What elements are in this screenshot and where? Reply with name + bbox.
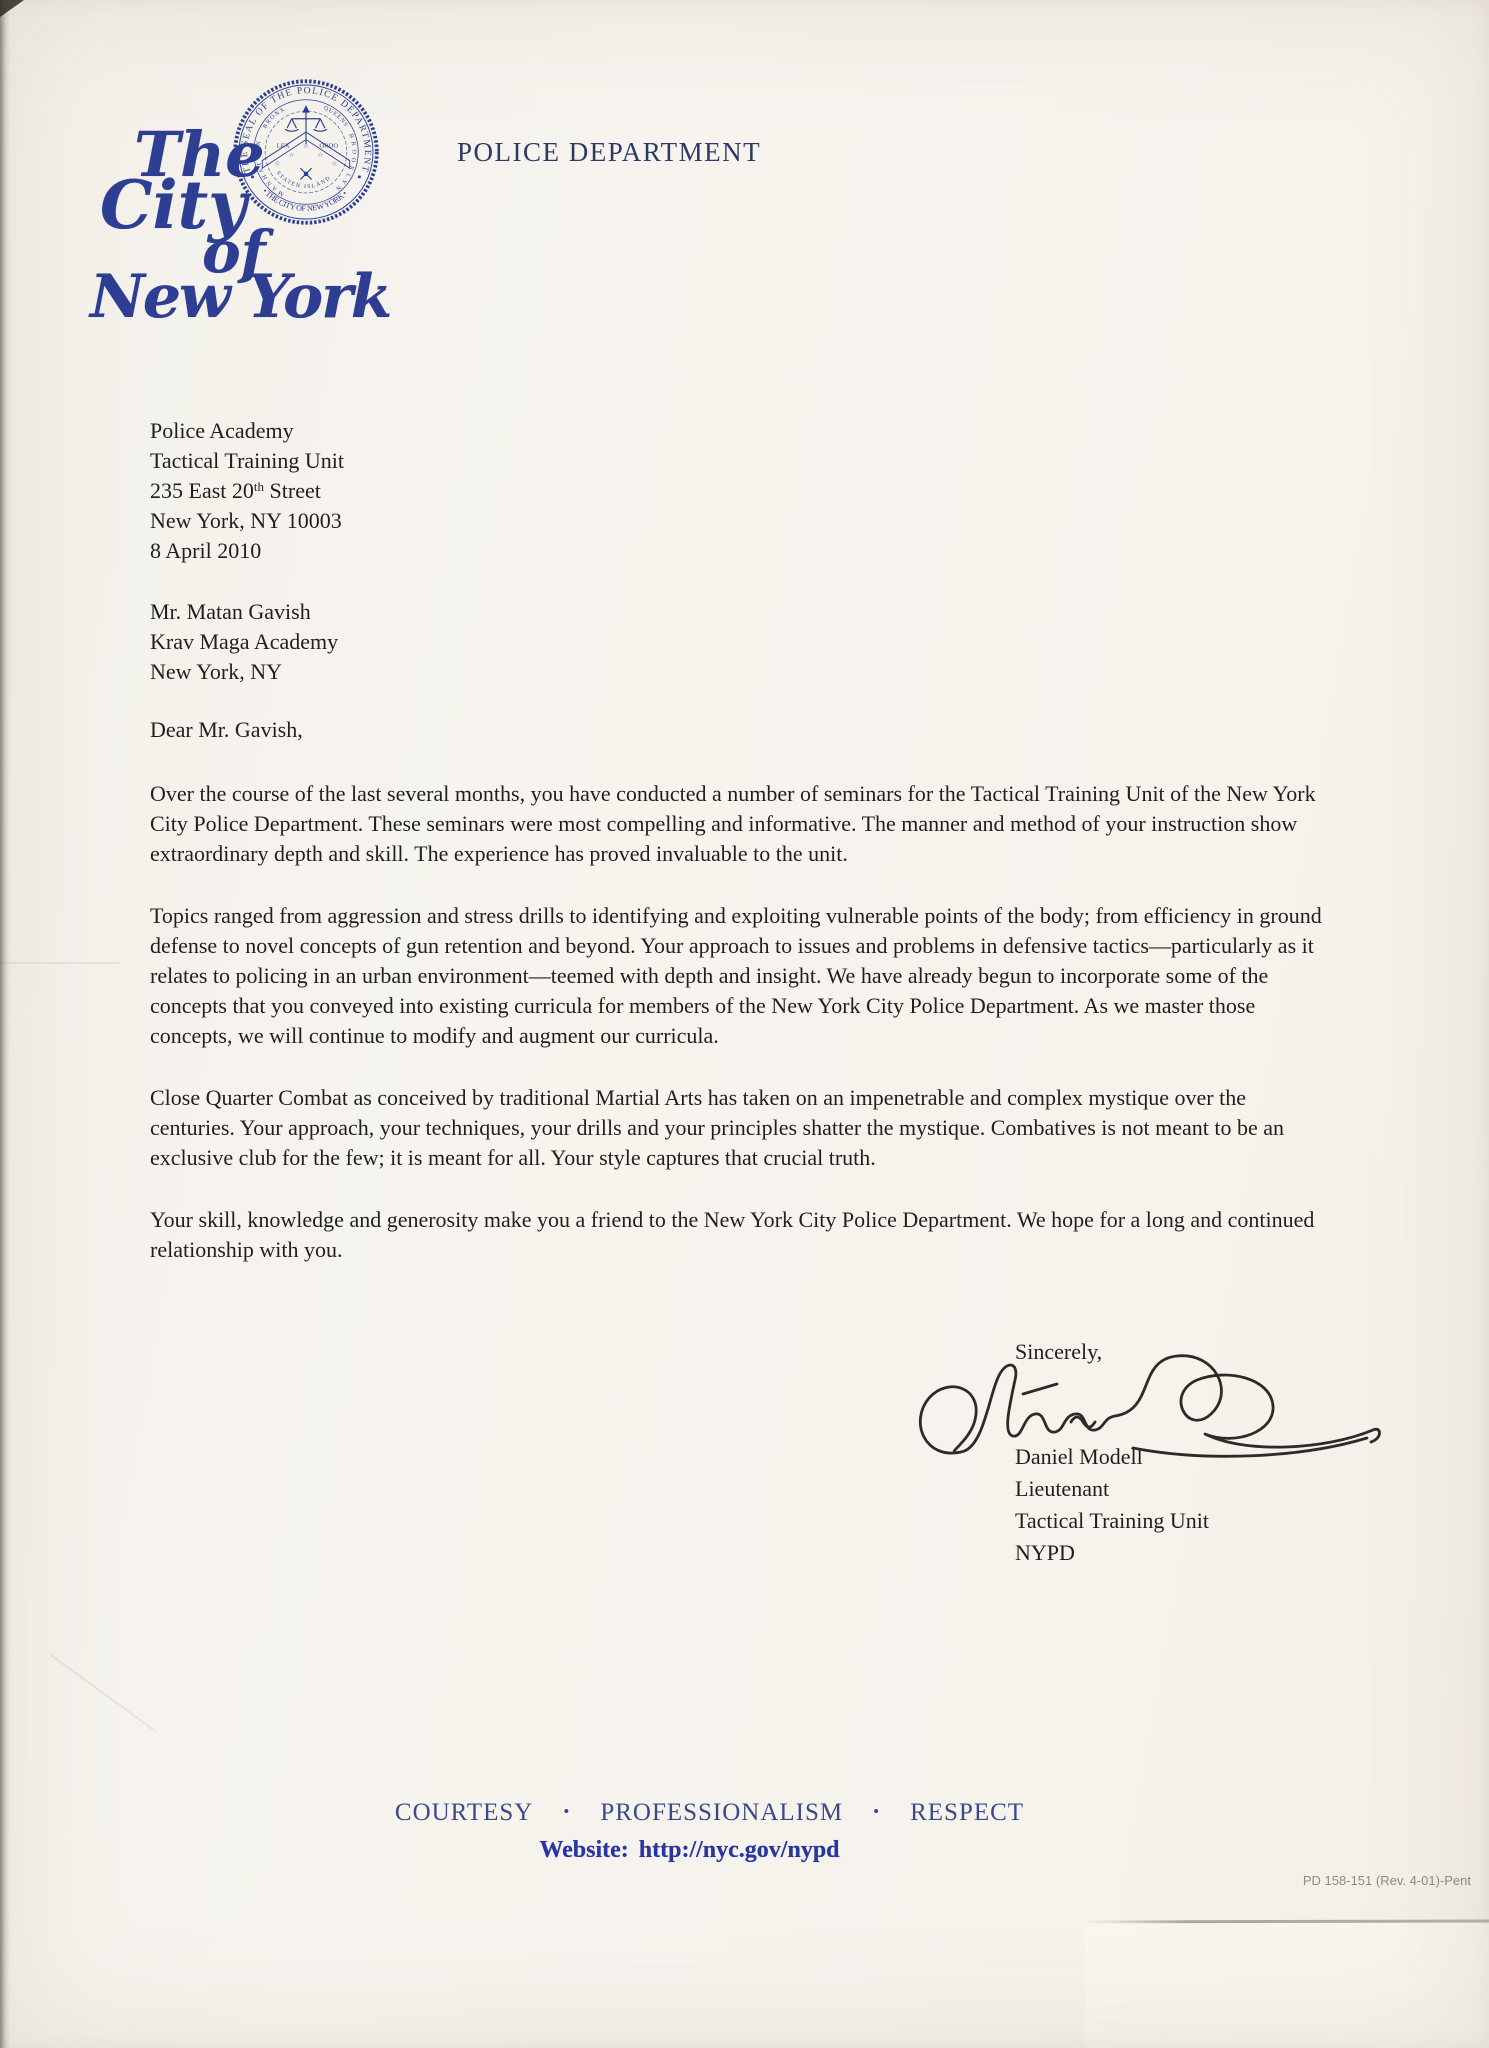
- paper-crease: [50, 1654, 156, 1732]
- seal-star: ☆: [332, 159, 338, 167]
- paragraph-4: Your skill, knowledge and generosity mak…: [150, 1205, 1335, 1265]
- logo-word-new-york: New York: [90, 262, 390, 332]
- letter-body: Over the course of the last several mont…: [150, 779, 1335, 1297]
- sender-line: Police Academy: [150, 416, 344, 446]
- footer-website: Website:http://nyc.gov/nypd: [0, 1837, 1379, 1864]
- nypd-seal-icon: THE SEAL OF THE POLICE DEPARTMENT • THE …: [230, 76, 382, 228]
- recipient-city: New York, NY: [150, 657, 338, 687]
- seal-scales-of-justice-icon: [285, 106, 327, 144]
- seal-star: ☆: [289, 151, 295, 159]
- recipient-address-block: Mr. Matan Gavish Krav Maga Academy New Y…: [150, 597, 338, 687]
- signatory-org: NYPD: [1015, 1537, 1209, 1569]
- scanned-letter-page: The City of New York THE SEAL OF THE POL…: [0, 0, 1489, 2048]
- footer-motto: COURTESY•PROFESSIONALISM•RESPECT: [0, 1799, 1419, 1827]
- scan-underlying-sheet: [1085, 1923, 1489, 2048]
- street-number: 235 East 20: [150, 478, 254, 503]
- sender-street-line: 235 East 20th Street: [150, 476, 344, 506]
- svg-text:STATEN ISLAND: STATEN ISLAND: [275, 170, 332, 190]
- website-url: http://nyc.gov/nypd: [639, 1837, 840, 1863]
- seal-motto-ordo: ORDO: [319, 142, 338, 149]
- street-ordinal: th: [254, 479, 264, 494]
- handwritten-signature: [905, 1330, 1390, 1470]
- scan-left-edge-shadow: [0, 0, 10, 2048]
- seal-dot: [358, 175, 361, 178]
- police-department-title: POLICE DEPARTMENT: [457, 137, 761, 168]
- seal-borough-staten-island: STATEN ISLAND: [275, 170, 332, 190]
- bullet-separator: •: [873, 1802, 880, 1821]
- seal-star: ☆: [275, 159, 281, 167]
- paragraph-2: Topics ranged from aggression and stress…: [150, 901, 1335, 1051]
- motto-professionalism: PROFESSIONALISM: [600, 1799, 843, 1826]
- letter-date: 8 April 2010: [150, 536, 344, 566]
- bullet-separator: •: [563, 1802, 570, 1821]
- paragraph-1: Over the course of the last several mont…: [150, 779, 1335, 869]
- sender-line: Tactical Training Unit: [150, 446, 344, 476]
- paragraph-3: Close Quarter Combat as conceived by tra…: [150, 1083, 1335, 1173]
- paper-crease: [0, 962, 120, 964]
- website-label: Website:: [539, 1837, 628, 1863]
- recipient-org: Krav Maga Academy: [150, 627, 338, 657]
- sender-address-block: Police Academy Tactical Training Unit 23…: [150, 416, 344, 566]
- street-name: Street: [264, 478, 321, 503]
- seal-windmill-icon: [300, 168, 311, 179]
- sender-line: New York, NY 10003: [150, 506, 344, 536]
- form-number: PD 158-151 (Rev. 4-01)-Pent: [1303, 1873, 1471, 1888]
- motto-respect: RESPECT: [910, 1799, 1024, 1826]
- signatory-rank: Lieutenant: [1015, 1473, 1209, 1505]
- seal-star: ☆: [317, 151, 323, 159]
- salutation: Dear Mr. Gavish,: [150, 715, 303, 745]
- seal-dot: [251, 175, 254, 178]
- signatory-unit: Tactical Training Unit: [1015, 1505, 1209, 1537]
- recipient-name: Mr. Matan Gavish: [150, 597, 338, 627]
- scan-corner-artifact: [0, 0, 24, 17]
- motto-courtesy: COURTESY: [395, 1799, 533, 1826]
